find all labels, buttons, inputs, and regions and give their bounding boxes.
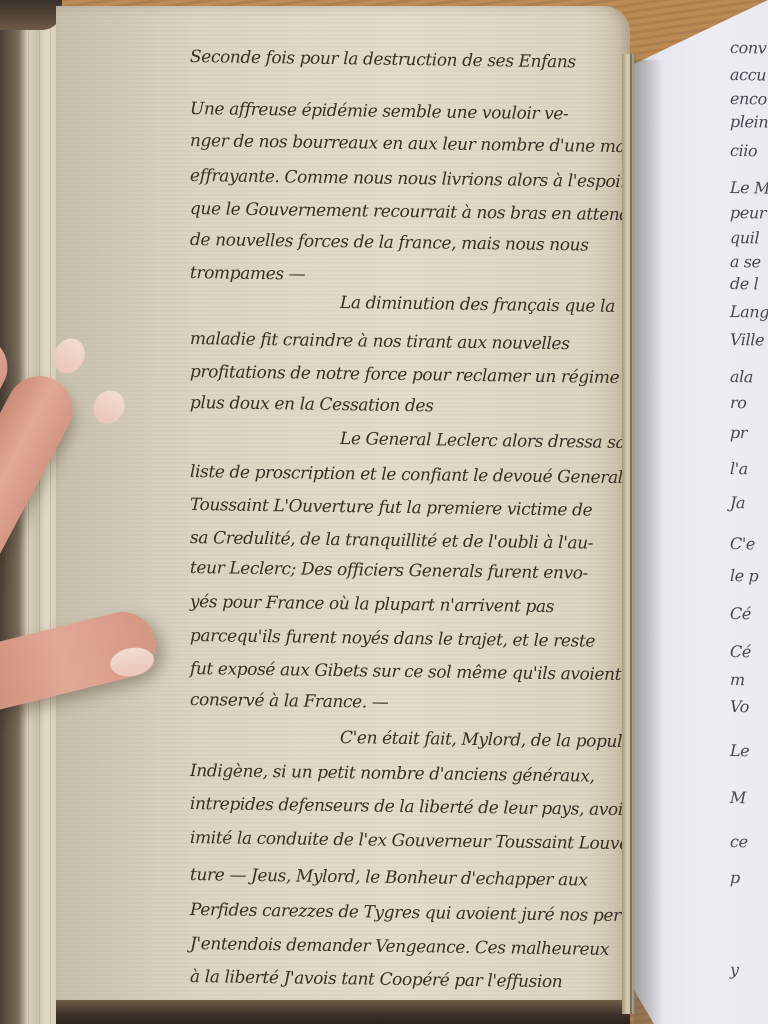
manuscript-line: sa Credulité, de la tranquillité et de l… bbox=[190, 528, 593, 554]
manuscript-line: yés pour France où la plupart n'arrivent… bbox=[190, 592, 554, 617]
manuscript-line: C'en était fait, Mylord, de la populatio… bbox=[340, 728, 664, 753]
manuscript-line: ture — Jeus, Mylord, le Bonheur d'echapp… bbox=[190, 865, 588, 891]
right-page-line-fragment: peur bbox=[730, 203, 766, 223]
right-page-line-fragment: y bbox=[730, 960, 739, 979]
manuscript-line: trompames — bbox=[190, 263, 306, 285]
manuscript-line: Toussaint L'Ouverture fut la premiere vi… bbox=[190, 495, 593, 521]
right-page-line-fragment: ro bbox=[730, 393, 747, 412]
right-page-line-fragment: de l bbox=[730, 274, 759, 293]
right-page-line-fragment: Ville bbox=[730, 330, 764, 349]
manuscript-line: profitations de notre force pour reclame… bbox=[190, 362, 620, 388]
right-page-line-fragment: ala bbox=[730, 367, 753, 386]
right-page-line-fragment: Le M bbox=[730, 178, 768, 198]
manuscript-line: Le General Leclerc alors dressa sa bbox=[340, 429, 626, 453]
manuscript-line: que le Gouvernement recourrait à nos bra… bbox=[190, 199, 657, 226]
right-page-line-fragment: Le bbox=[730, 741, 750, 760]
manuscript-line: de nouvelles forces de la france, mais n… bbox=[190, 230, 589, 256]
book-bottom-edge bbox=[56, 1000, 630, 1024]
manuscript-photo: Seconde fois pour la destruction de ses … bbox=[0, 0, 768, 1024]
manuscript-line: à la liberté J'avois tant Coopéré par l'… bbox=[190, 967, 563, 992]
reader-hand bbox=[0, 330, 170, 770]
right-page-line-fragment: a se bbox=[730, 252, 761, 271]
binding-top bbox=[0, 0, 62, 30]
manuscript-line: liste de proscription et le confiant le … bbox=[190, 462, 623, 488]
manuscript-line: effrayante. Comme nous nous livrions alo… bbox=[190, 166, 628, 192]
right-page-line-fragment: C'e bbox=[730, 534, 755, 553]
manuscript-line: nger de nos bourreaux en aux leur nombre… bbox=[190, 131, 631, 157]
right-page-shadow bbox=[634, 60, 664, 1024]
manuscript-line: teur Leclerc; Des officiers Generals fur… bbox=[190, 558, 588, 584]
manuscript-line: Perfides carezzes de Tygres qui avoient … bbox=[190, 900, 645, 926]
manuscript-line: parcequ'ils furent noyés dans le trajet,… bbox=[190, 626, 595, 652]
manuscript-line: intrepides defenseurs de la liberté de l… bbox=[190, 794, 650, 820]
right-page-line-fragment: quil bbox=[730, 228, 759, 247]
right-page-line-fragment: Cé bbox=[730, 604, 751, 623]
manuscript-line: La diminution des français que la bbox=[340, 293, 615, 317]
right-page-line-fragment: Ja bbox=[730, 493, 745, 512]
right-page-line-fragment: Lang bbox=[730, 302, 768, 322]
right-page-line-fragment: plein bbox=[730, 112, 768, 132]
right-page-line-fragment: enco bbox=[730, 89, 767, 109]
manuscript-line: Une affreuse épidémie semble une vouloir… bbox=[190, 99, 569, 124]
right-page-line-fragment: M bbox=[730, 788, 746, 807]
right-page-line-fragment: m bbox=[730, 670, 745, 689]
right-page-line-fragment: pr bbox=[730, 423, 747, 442]
right-page-line-fragment: Vo bbox=[730, 697, 749, 716]
right-page-line-fragment: ce bbox=[730, 832, 748, 851]
right-page-line-fragment: accu bbox=[730, 65, 766, 85]
gutter-fold-line bbox=[630, 54, 632, 1014]
manuscript-line: Indigène, si un petit nombre d'anciens g… bbox=[190, 761, 595, 787]
right-page-line-fragment: ciio bbox=[730, 141, 757, 160]
middle-fingernail bbox=[88, 385, 130, 429]
manuscript-line: plus doux en la Cessation des bbox=[190, 393, 434, 416]
right-page-line-fragment: p bbox=[730, 868, 740, 887]
right-page-line-fragment: l'a bbox=[730, 459, 748, 478]
manuscript-line: J'entendois demander Vengeance. Ces malh… bbox=[190, 934, 609, 960]
index-fingernail bbox=[47, 333, 90, 379]
manuscript-line: conservé à la France. — bbox=[190, 690, 389, 713]
right-page-line-fragment: conv bbox=[730, 38, 767, 58]
manuscript-line: imité la conduite de l'ex Gouverneur Tou… bbox=[190, 828, 642, 854]
right-page-line-fragment: le p bbox=[730, 566, 759, 585]
manuscript-line: fut exposé aux Gibets sur ce sol même qu… bbox=[190, 659, 621, 685]
manuscript-line: maladie fit craindre à nos tirant aux no… bbox=[190, 329, 570, 354]
right-page-line-fragment: Cé bbox=[730, 642, 751, 661]
manuscript-line: Seconde fois pour la destruction de ses … bbox=[190, 47, 576, 72]
